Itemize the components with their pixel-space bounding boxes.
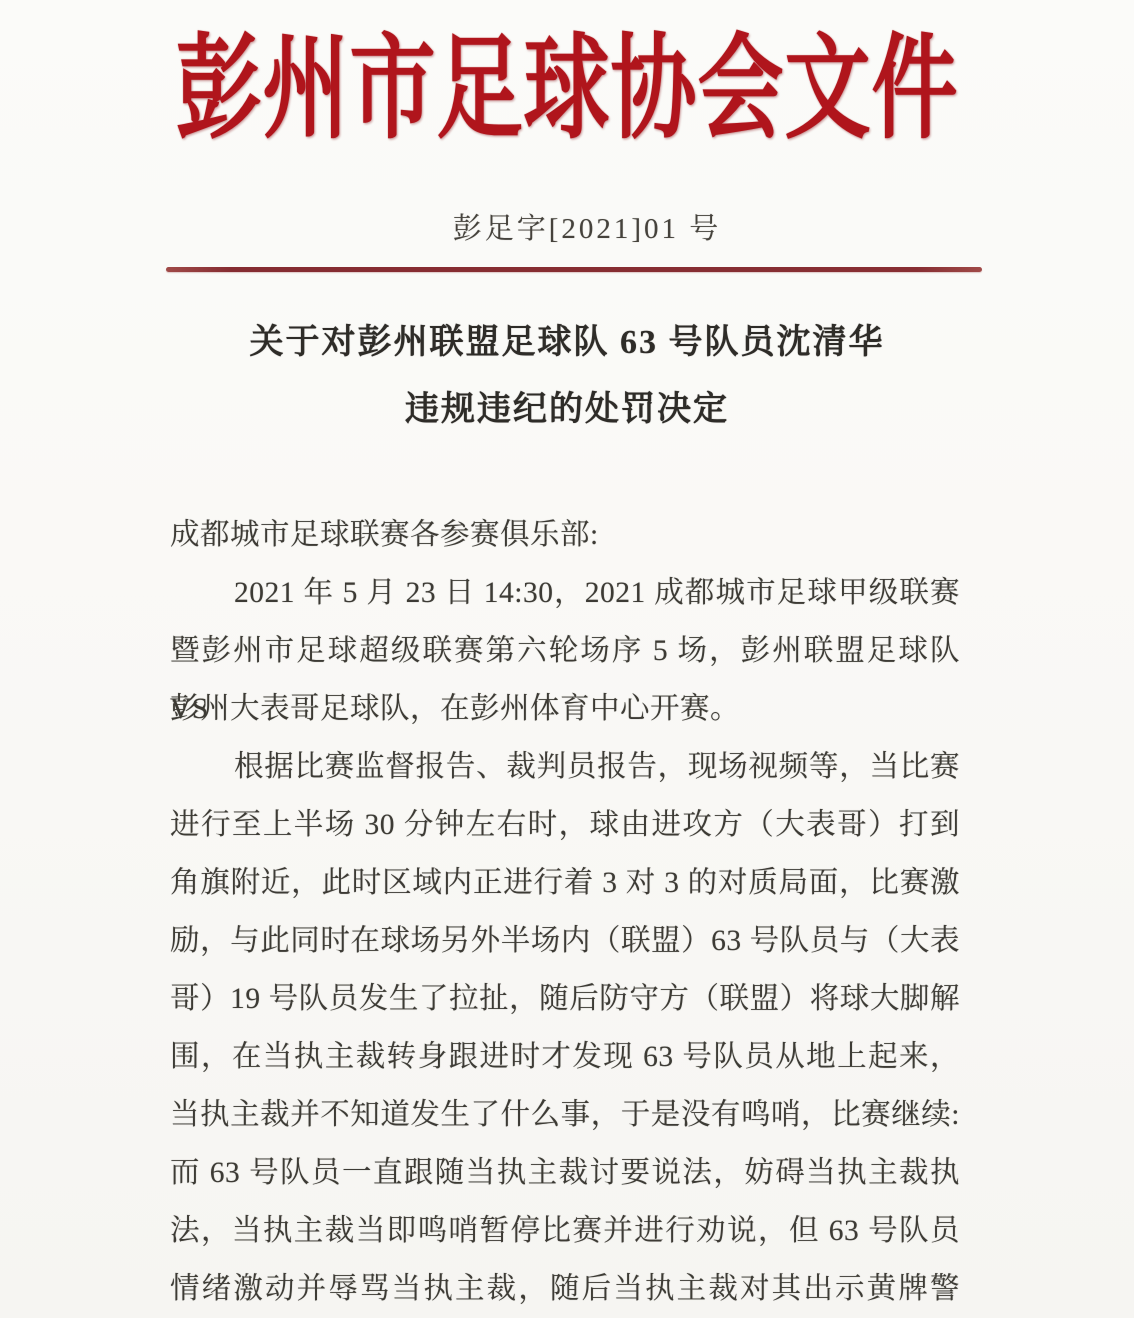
salutation-line: 成都城市足球联赛各参赛俱乐部: [170, 506, 960, 564]
body-line: 励，与此同时在球场另外半场内（联盟）63 号队员与（大表 [170, 912, 960, 970]
body-line: 彭州大表哥足球队，在彭州体育中心开赛。 [170, 680, 960, 738]
document-page: 彭州市足球协会文件 彭足字[2021]01 号 关于对彭州联盟足球队 63 号队… [0, 0, 1134, 1318]
body-line: 情绪激动并辱骂当执主裁，随后当执主裁对其出示黄牌警 [170, 1260, 960, 1318]
body-line: 法，当执主裁当即鸣哨暂停比赛并进行劝说，但 63 号队员 [170, 1202, 960, 1260]
body-line: 暨彭州市足球超级联赛第六轮场序 5 场，彭州联盟足球队 VS [170, 622, 960, 680]
body-line: 进行至上半场 30 分钟左右时，球由进攻方（大表哥）打到 [170, 796, 960, 854]
body-line: 当执主裁并不知道发生了什么事，于是没有鸣哨，比赛继续: [170, 1086, 960, 1144]
document-title-line-1: 关于对彭州联盟足球队 63 号队员沈清华 [0, 322, 1134, 364]
association-header-title: 彭州市足球协会文件 [0, 30, 1134, 149]
body-line: 根据比赛监督报告、裁判员报告，现场视频等，当比赛 [170, 738, 960, 796]
document-title: 关于对彭州联盟足球队 63 号队员沈清华 违规违纪的处罚决定 [0, 322, 1134, 431]
body-line: 2021 年 5 月 23 日 14:30，2021 成都城市足球甲级联赛 [170, 564, 960, 622]
body-line: 角旗附近，此时区域内正进行着 3 对 3 的对质局面，比赛激 [170, 854, 960, 912]
red-divider-line [166, 267, 982, 272]
body-line: 而 63 号队员一直跟随当执主裁讨要说法，妨碍当执主裁执 [170, 1144, 960, 1202]
document-title-line-2: 违规违纪的处罚决定 [0, 389, 1134, 431]
document-body: 成都城市足球联赛各参赛俱乐部: 2021 年 5 月 23 日 14:30，20… [170, 506, 960, 1318]
document-number: 彭足字[2021]01 号 [20, 206, 1134, 247]
body-line: 围，在当执主裁转身跟进时才发现 63 号队员从地上起来， [170, 1028, 960, 1086]
body-line: 哥）19 号队员发生了拉扯，随后防守方（联盟）将球大脚解 [170, 970, 960, 1028]
